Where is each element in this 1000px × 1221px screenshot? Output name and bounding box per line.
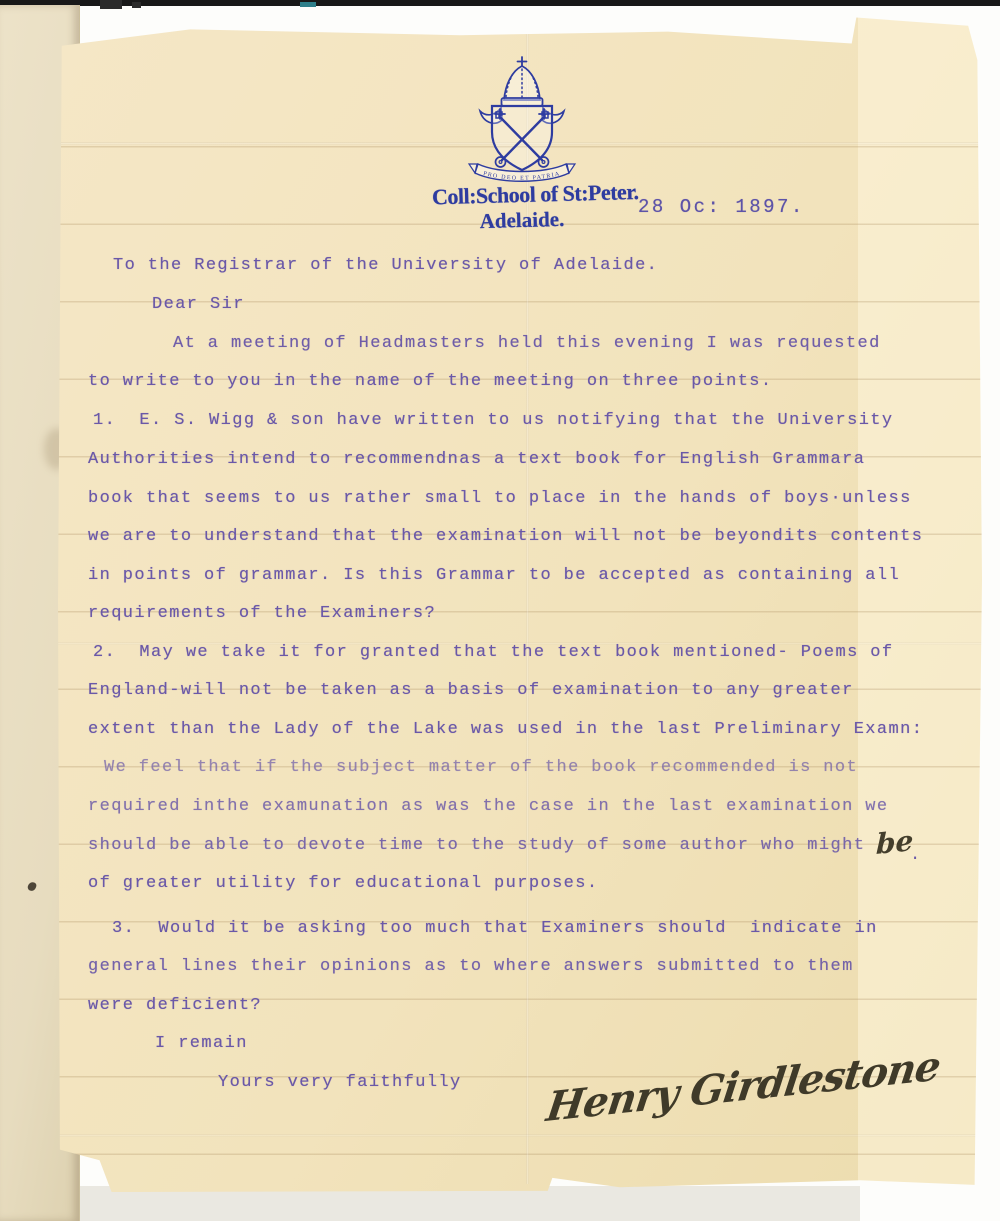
letter-line: England-will not be taken as a basis of … <box>88 681 854 700</box>
letter-line: Dear Sir <box>152 295 245 314</box>
cross-icon <box>518 57 527 66</box>
letter-line: were deficient? <box>88 996 262 1015</box>
letter-line: I remain <box>155 1034 248 1053</box>
handwritten-correction: be <box>876 824 914 861</box>
letter-line: should be able to devote time to the stu… <box>88 836 865 855</box>
letter-line: required inthe examunation as was the ca… <box>88 797 889 816</box>
letter-date: 28 Oc: 1897. <box>638 196 805 218</box>
school-crest: PRO DEO ET PATRIA Coll:School of St:Pete… <box>432 54 612 233</box>
letter-line: To the Registrar of the University of Ad… <box>113 256 658 275</box>
scanner-edge-strip <box>0 0 1000 6</box>
letter-sheet: PRO DEO ET PATRIA Coll:School of St:Pete… <box>58 14 982 1192</box>
faint-rule-lines <box>58 70 982 1190</box>
letter-line: extent than the Lady of the Lake was use… <box>88 720 923 739</box>
letter-line: At a meeting of Headmasters held this ev… <box>173 334 881 353</box>
signature: Henry Girdlestone <box>544 1048 889 1132</box>
letter-line: Authorities intend to recommendnas a tex… <box>88 450 865 469</box>
letter-line: Yours very faithfully <box>218 1073 462 1092</box>
scan-speck <box>132 2 141 8</box>
letter-line: requirements of the Examiners? <box>88 604 436 623</box>
fold-crease-bottom <box>58 1134 982 1137</box>
paper-fold-highlight <box>858 14 982 1192</box>
letter-line: general lines their opinions as to where… <box>88 957 854 976</box>
letter-line: We feel that if the subject matter of th… <box>104 758 858 777</box>
letter-line: 2. May we take it for granted that the t… <box>93 643 894 662</box>
correction-period: . <box>910 846 920 865</box>
scan-speck <box>300 2 316 7</box>
letter-line: 1. E. S. Wigg & son have written to us n… <box>93 411 894 430</box>
letter-line: book that seems to us rather small to pl… <box>88 489 912 508</box>
letter-line: we are to understand that the examinatio… <box>88 527 923 546</box>
scanned-letter-page: PRO DEO ET PATRIA Coll:School of St:Pete… <box>0 0 1000 1221</box>
crest-graphic: PRO DEO ET PATRIA <box>467 54 577 186</box>
letter-line: of greater utility for educational purpo… <box>88 874 598 893</box>
scan-speck <box>100 0 122 9</box>
letter-line: 3. Would it be asking too much that Exam… <box>112 919 878 938</box>
school-place: Adelaide. <box>432 206 613 236</box>
letter-line: to write to you in the name of the meeti… <box>88 372 773 391</box>
crossed-keys-shield-icon <box>492 106 552 170</box>
letter-line: in points of grammar. Is this Grammar to… <box>88 566 900 585</box>
